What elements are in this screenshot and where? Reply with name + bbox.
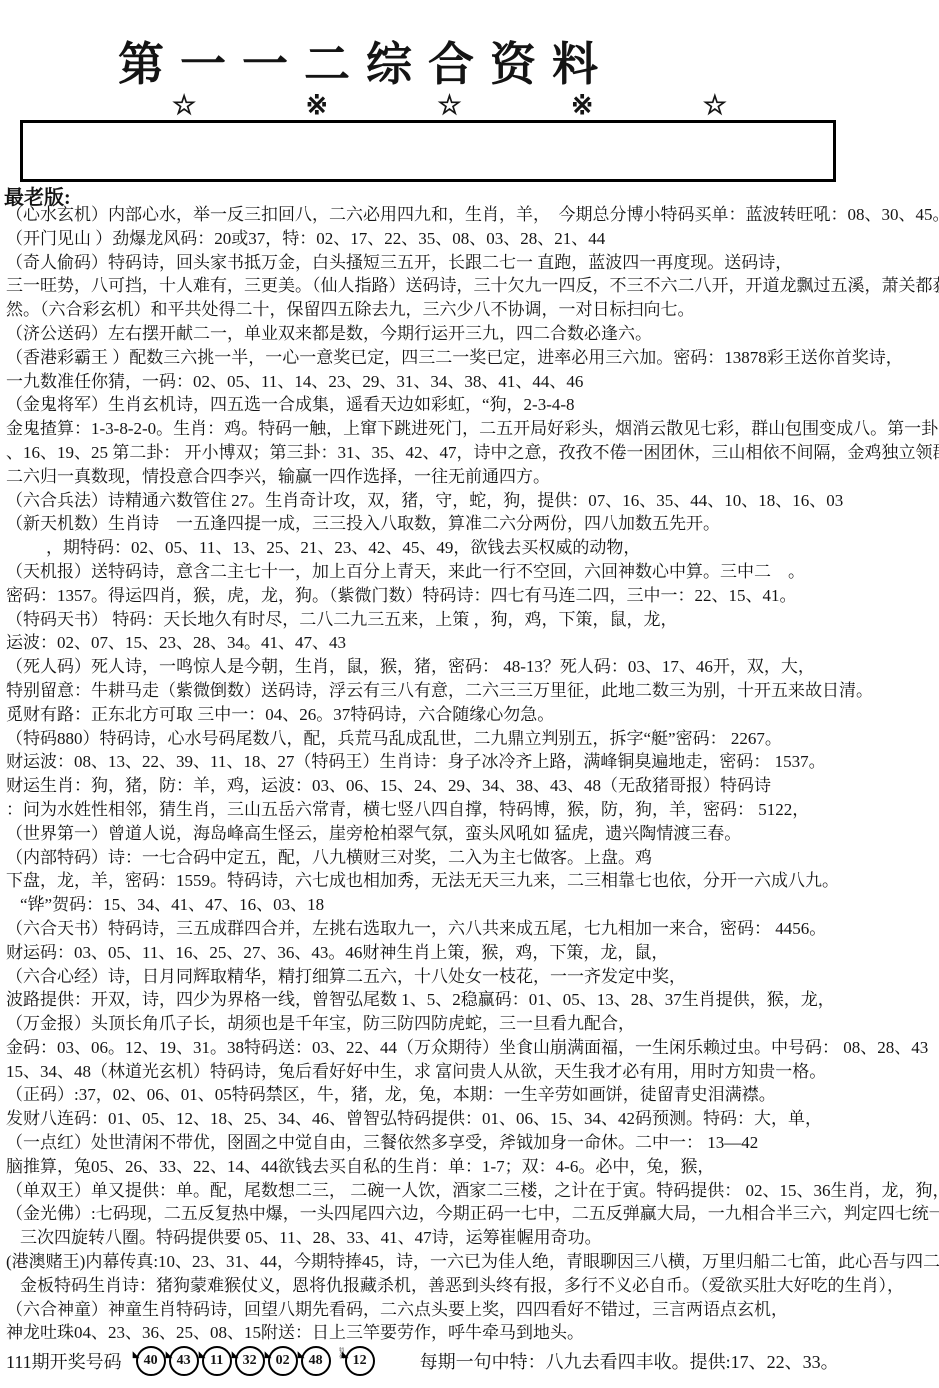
lottery-ball: 40 bbox=[136, 1346, 166, 1376]
lottery-ball: 02 bbox=[268, 1346, 298, 1376]
body-line: 然。（六合彩玄机）和平共处得二十，保留四五除去九，三六少八不协调，一对日标扫向七… bbox=[6, 298, 939, 322]
body-line: 特别留意：牛耕马走（紫微倒数）送码诗，浮云有三八有意，二六三三万里征，此地二数三… bbox=[6, 679, 939, 703]
body-line: 财运波：08、13、22、39、11、18、27（特码王）生肖诗：身子冰冷齐上路… bbox=[6, 750, 939, 774]
body-line: （心水玄机）内部心水，举一反三扣回八，二六必用四九和，生肖，羊， 今期总分博小特… bbox=[6, 203, 939, 227]
body-line: 波路提供：开双，诗，四少为界格一线，曾智弘尾数 1、5、2稳赢码：01、05、1… bbox=[6, 988, 939, 1012]
body-line: （天机报）送特码诗，意含二主七十一，加上百分上青天，来此一行不空回，六回神数心中… bbox=[6, 560, 939, 584]
body-line: 一九数准任你猜，一码：02、05、11、14、23、29、31、34、38、41… bbox=[6, 370, 939, 394]
body-line: （正码）:37，02、06、01、05特码禁区，牛，猪，龙，兔，本期：一生辛劳如… bbox=[6, 1083, 939, 1107]
notice-box bbox=[20, 120, 836, 182]
body-line: 三次四旋转八圈。特码提供要 05、11、28、33、41、47诗，运筹崔幄用奇功… bbox=[6, 1226, 939, 1250]
body-line: （特码天书） 特码：天长地久有时尽，二八二九三五来，上策 ，狗，鸡，下策，鼠，龙… bbox=[6, 608, 939, 632]
body-line: “铧”贺码：15、34、41、47、16、03、18 bbox=[6, 893, 939, 917]
footer-tip-text: 每期一句中特：八九去看四丰收。提供:17、22、33。 bbox=[420, 1348, 839, 1374]
body-line: （奇人偷码）特码诗，回头家书抵万金，白头搔短三五开，长跟二七一 直跑，蓝波四一再… bbox=[6, 251, 939, 275]
lottery-ball: 32 bbox=[235, 1346, 265, 1376]
body-line: 觅财有路：正东北方可取 三中一：04、26。37特码诗，六合随缘心勿急。 bbox=[6, 703, 939, 727]
body-line: 金板特码生肖诗：猪狗蒙难猴仗义，恩将仇报藏杀机，善恶到头终有报，多行不义必自币。… bbox=[6, 1274, 939, 1298]
body-line: （六合神童）神童生肖特码诗，回望八期先看码，二六点头要上奖，四四看好不错过，三言… bbox=[6, 1298, 939, 1322]
body-line: 脑推算，兔05、26、33、22、14、44欲钱去买自私的生肖：单：1-7；双：… bbox=[6, 1155, 939, 1179]
lottery-ball: 48 bbox=[301, 1346, 331, 1376]
body-text: （心水玄机）内部心水，举一反三扣回八，二六必用四九和，生肖，羊， 今期总分博小特… bbox=[6, 203, 939, 1345]
body-line: （单双王）单又提供：单。配，尾数想二三， 二碗一人饮，酒家二三楼，之计在于寅。特… bbox=[6, 1179, 939, 1203]
body-line: 密码：1357。得运四肖，猴，虎，龙，狗。（紫微门数）特码诗：四七有马连二四，三… bbox=[6, 584, 939, 608]
body-line: （万金报）头顶长角爪子长，胡须也是千年宝，防三防四防虎蛇，三一旦看九配合， bbox=[6, 1012, 939, 1036]
body-line: 三一旺势，八可挡，十人难有，三更美。（仙人指路）送码诗，三十欠九一四反，不三不六… bbox=[6, 274, 939, 298]
body-line: （死人码）死人诗，一鸣惊人是今朝，生肖，鼠，猴，猪，密码： 48-13？死人码：… bbox=[6, 655, 939, 679]
draw-result-label: 111期开奖号码 bbox=[6, 1348, 122, 1374]
draw-number-balls: 40 43 11 32 02 48 特码 12 bbox=[136, 1346, 378, 1376]
body-line: 下盘，龙，羊，密码：1559。特码诗，六七成也相加秀，无法无天三九来，二三相靠七… bbox=[6, 869, 939, 893]
reference-mark-icon: ※ bbox=[305, 90, 328, 121]
body-line: （特码880）特码诗，心水号码尾数八，配，兵荒马乱成乱世，二九鼎立判别五，拆字“… bbox=[6, 727, 939, 751]
body-line: （六合天书）特码诗，三五成群四合并，左挑右选取九一，六八共来成五尾，七九相加一来… bbox=[6, 917, 939, 941]
body-line: （新天机数）生肖诗 一五逢四提一成，三三投入八取数，算准二六分两份，四八加数五先… bbox=[6, 512, 939, 536]
body-line: （内部特码）诗：一七合码中定五，配，八九横财三对奖，二入为主七做客。上盘。鸡 bbox=[6, 846, 939, 870]
body-line: 财运生肖：狗，猪，防：羊，鸡，运波：03、06、15、24、29、34、38、4… bbox=[6, 774, 939, 798]
body-line: ，期特码：02、05、11、13、25、21、23、42、45、49，欲钱去买权… bbox=[6, 536, 939, 560]
lottery-ball: 43 bbox=[169, 1346, 199, 1376]
body-line: 神龙吐珠04、23、36、25、08、15附送：日上三竿要劳作，呼牛牵马到地头。 bbox=[6, 1321, 939, 1345]
body-line: 金鬼揸算：1-3-8-2-0。生肖：鸡。特码一触，上窜下跳进死门，二五开局好彩头… bbox=[6, 417, 939, 441]
body-line: （世界第一）曾道人说，海岛峰高生怪云，崖旁枪柏翠气氛，蛮头风吼如 猛虎，遗兴陶情… bbox=[6, 822, 939, 846]
body-line: （一点红）处世清闲不带优，囹圄之中觉自由，三餐依然多享受，斧钺加身一命休。二中一… bbox=[6, 1131, 939, 1155]
body-line: （六合心经）诗，日月同辉取精华，精打细算二五六，十八处女一枝花，一一齐发定中奖， bbox=[6, 965, 939, 989]
body-line: 运波：02、07、15、23、28、34。41、47、43 bbox=[6, 631, 939, 655]
star-icon: ☆ bbox=[172, 90, 196, 121]
body-line: （香港彩霸王 ）配数三六挑一半，一心一意奖已定，四三二一奖已定，进率必用三六加。… bbox=[6, 346, 939, 370]
page-title: 第一一二综合资料 bbox=[118, 28, 614, 94]
star-icon: ☆ bbox=[437, 90, 461, 121]
star-icon: ☆ bbox=[703, 90, 727, 121]
body-line: ：问为水姓性相邻，猜生肖，三山五岳六常青，横七竖八四自撑，特码博，猴，防，狗，羊… bbox=[6, 798, 939, 822]
body-line: （金鬼将军）生肖玄机诗，四五选一合成集，遥看天边如彩虹，“狗，2-3-4-8 bbox=[6, 393, 939, 417]
body-line: （开门见山 ）劲爆龙风码：20或37，特：02、17、22、35、08、03、2… bbox=[6, 227, 939, 251]
body-line: 15、34、48（林道光玄机）特码诗，兔后看好好中生，求 富问贵人从欲，天生我才… bbox=[6, 1060, 939, 1084]
draw-result-line: 111期开奖号码 40 43 11 32 02 48 特码 12 每期一句中特：… bbox=[6, 1346, 939, 1376]
body-line: （六合兵法）诗精通六数管住 27。生肖奇计攻，双，猪，守，蛇，狗，提供：07、1… bbox=[6, 489, 939, 513]
body-line: 二六归一真数现，情投意合四李兴，输赢一四作选择，一往无前通四方。 bbox=[6, 465, 939, 489]
body-line: 、16、19、25 第二卦： 开小博双；第三卦：31、35、42、47，诗中之意… bbox=[6, 441, 939, 465]
body-line: 金码：03、06。12、19、31。38特码送：03、22、44（万众期待）坐食… bbox=[6, 1036, 939, 1060]
body-line: 财运码：03、05、11、16、25、27、36、43。46财神生肖上策，猴，鸡… bbox=[6, 941, 939, 965]
body-line: 发财八连码：01、05、12、18、25、34、46、曾智弘特码提供：01、06… bbox=[6, 1107, 939, 1131]
special-lottery-ball: 12 bbox=[345, 1346, 375, 1376]
body-line: (港澳赌王)内幕传真:10、23、31、44，今期特捧45，诗，一六已为佳人绝，… bbox=[6, 1250, 939, 1274]
document-page: 第一一二综合资料 ☆ ※ ☆ ※ ☆ 最老版: （心水玄机）内部心水，举一反三扣… bbox=[0, 0, 939, 1388]
decor-symbol-row: ☆ ※ ☆ ※ ☆ bbox=[172, 90, 727, 121]
body-line: （济公送码）左右摆开献二一，单业双来都是数，今期行运开三九，四二合数必逢六。 bbox=[6, 322, 939, 346]
reference-mark-icon: ※ bbox=[571, 90, 594, 121]
body-line: （金光佛）:七码现，二五反复热中爆，一头四尾四六边，今期正码一七中，二五反弹赢大… bbox=[6, 1202, 939, 1226]
lottery-ball: 11 bbox=[202, 1346, 232, 1376]
